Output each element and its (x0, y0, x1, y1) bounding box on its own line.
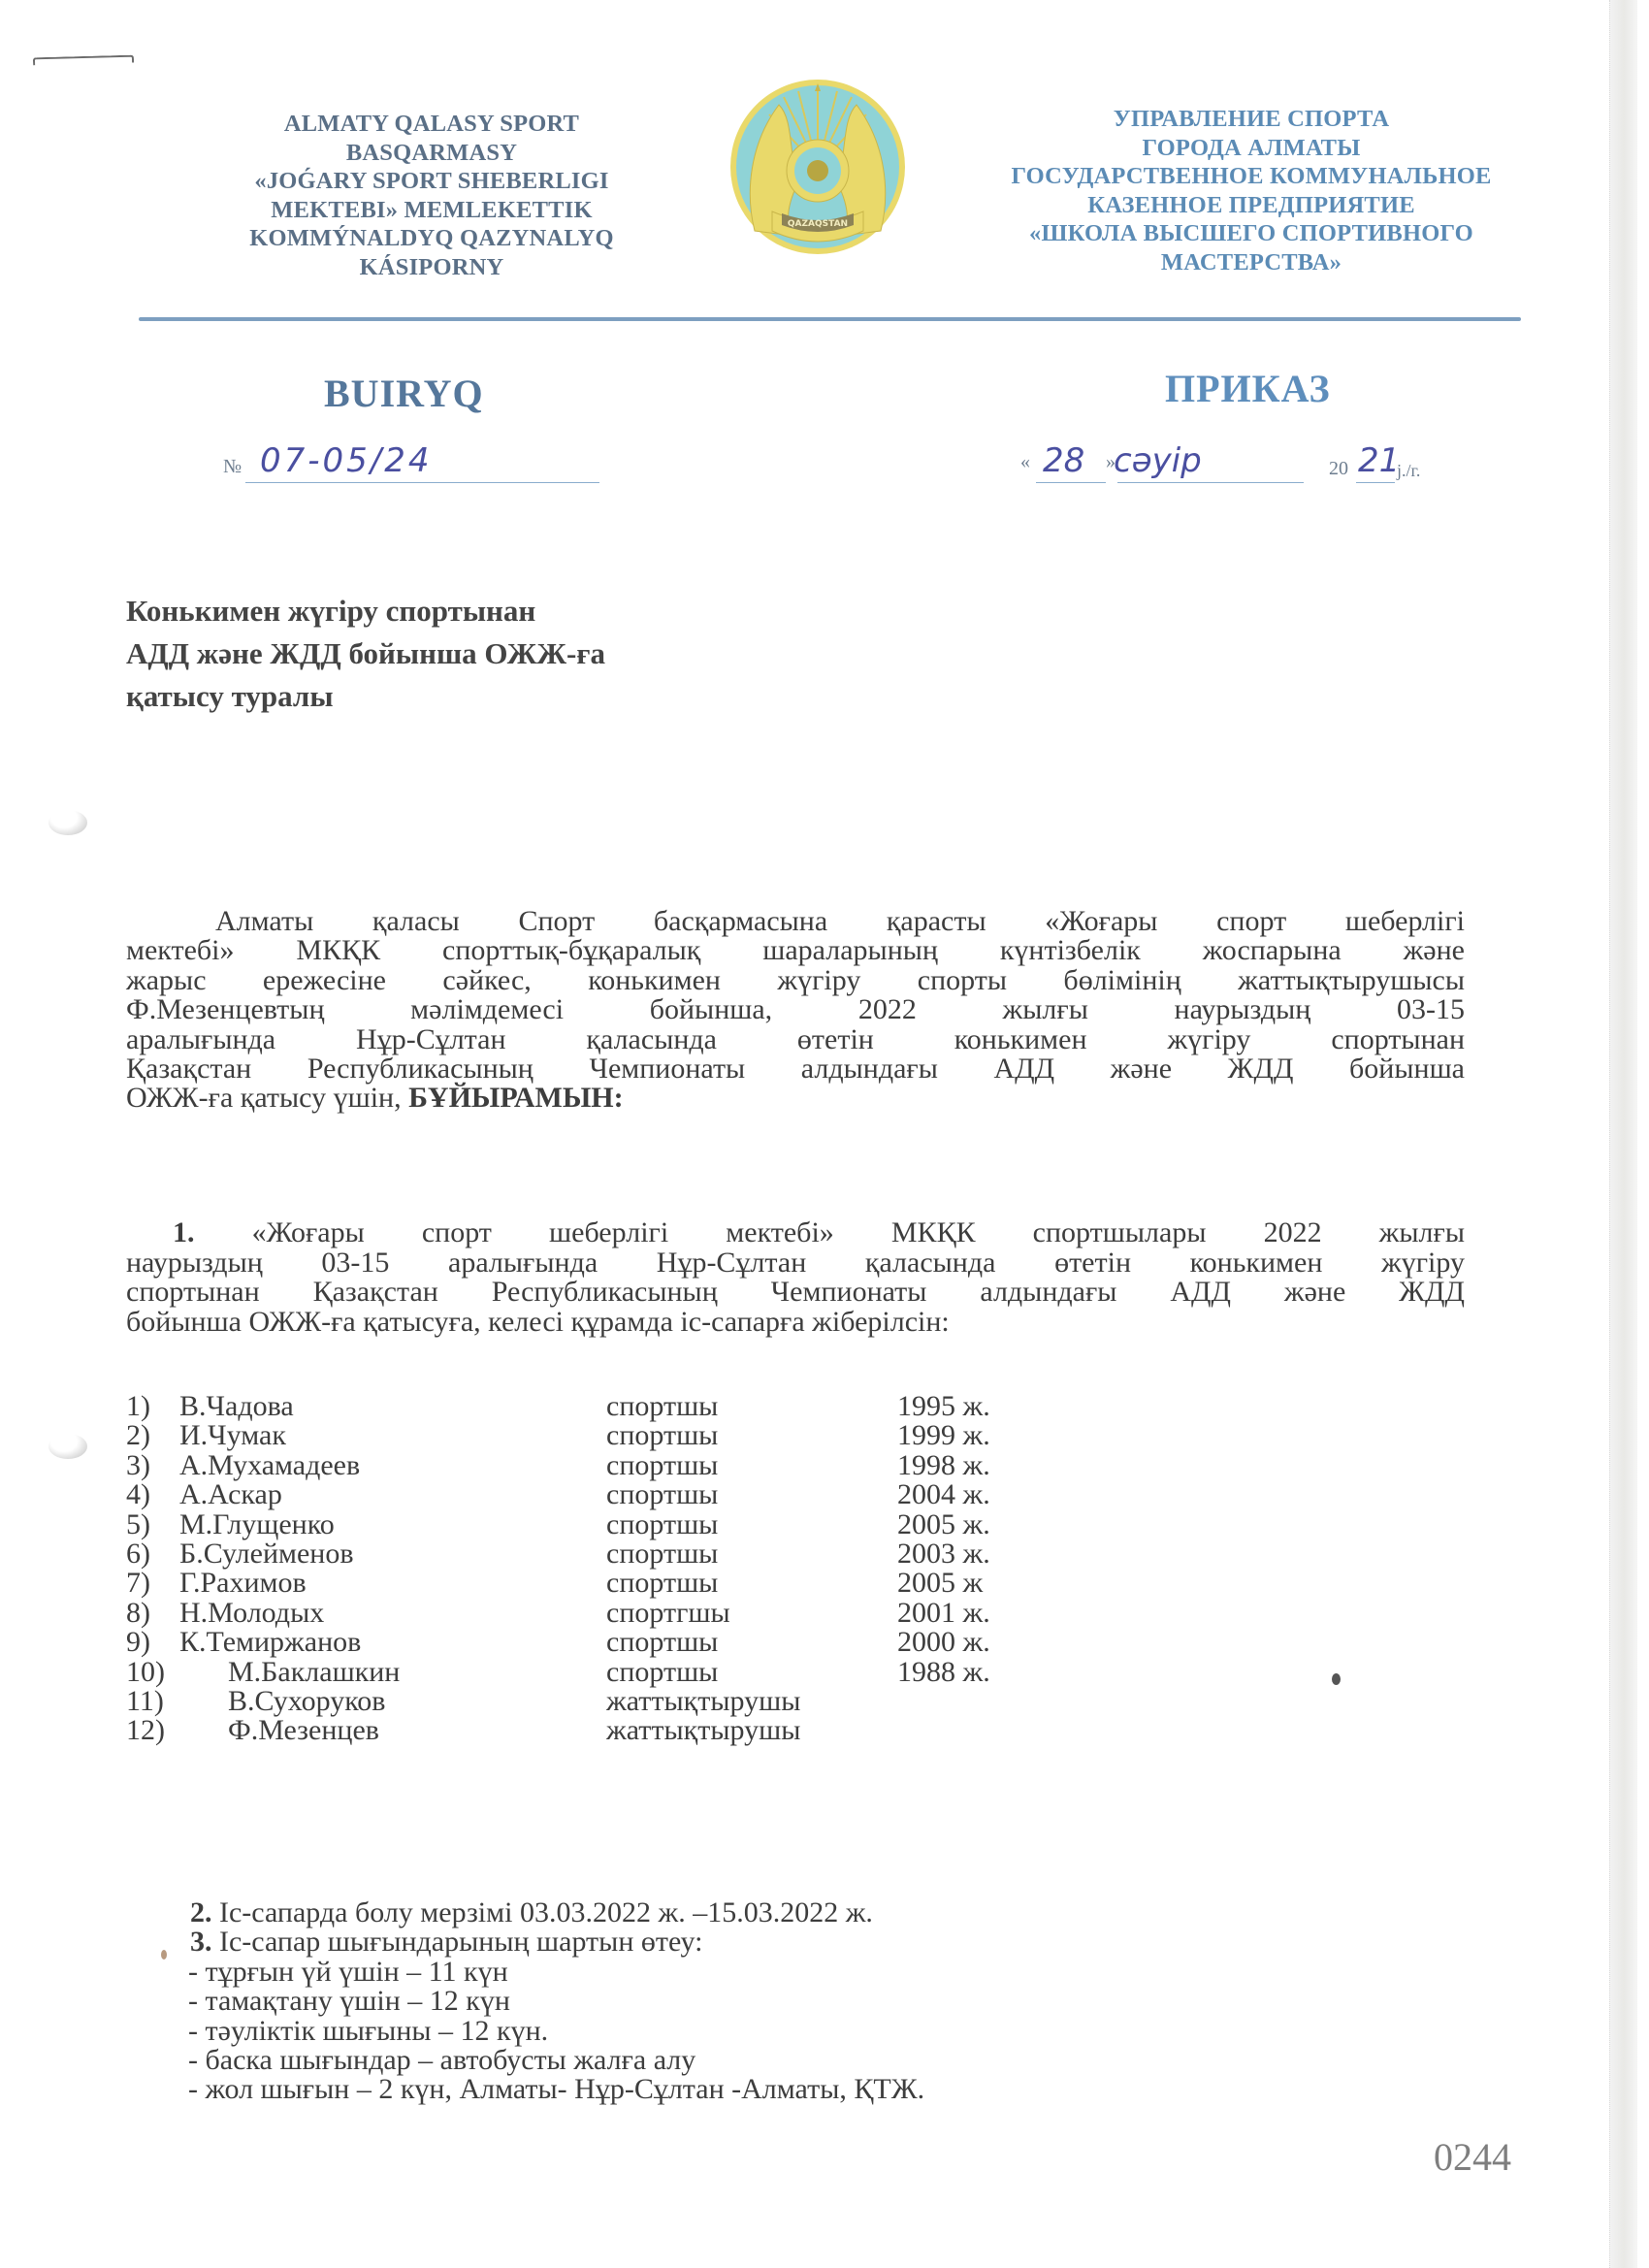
subject-line: АДД және ЖДД бойынша ОЖЖ-ға (126, 632, 605, 675)
participant-index: 12) (126, 1716, 165, 1745)
participant-index: 7) (126, 1569, 150, 1598)
clause-number: 1. (173, 1216, 195, 1248)
decree-word: БҰЙЫРАМЫН: (408, 1082, 624, 1114)
participant-name: М.Баклашкин (228, 1658, 400, 1687)
participant-name: В.Сухоруков (228, 1687, 385, 1716)
clause-1-line: наурыздың 03-15 аралығында Нұр-Сұлтан қа… (126, 1248, 1465, 1279)
org-name-latin: ALMATY QALASY SPORT BASQARMASY «JOǴARY S… (175, 110, 689, 281)
page-stamp-number: 0244 (1434, 2134, 1511, 2180)
preamble-line: мектебі» МКҚК спорттық-бұқаралық шаралар… (126, 936, 1465, 965)
order-number-label: № (223, 456, 242, 478)
org-line: ALMATY QALASY SPORT (175, 110, 689, 139)
participant-index: 3) (126, 1451, 150, 1480)
clause-1-line: 1. «Жоғары спорт шеберлігі мектебі» МКҚК… (126, 1218, 1465, 1248)
participant-name: И.Чумак (179, 1421, 286, 1450)
preamble-text: ОЖЖ-ға қатысу үшін, (126, 1082, 408, 1114)
participant-row: 5)М.Глущенкоспортшы2005 ж. (126, 1510, 1096, 1539)
participant-row: 8)Н.Молодыхспортгшы2001 ж. (126, 1599, 1096, 1628)
participant-role: спортшы (606, 1451, 718, 1480)
participant-index: 8) (126, 1599, 150, 1628)
participant-row: 9)К.Темиржановспортшы2000 ж. (126, 1628, 1096, 1657)
subject-line: Конькимен жүгіру спортынан (126, 590, 605, 632)
expense-item: - тамақтану үшін – 12 күн (186, 1987, 924, 2016)
expense-item: - баска шығындар – автобусты жалға алу (186, 2046, 924, 2075)
participant-birth-year: 1998 ж. (897, 1451, 990, 1480)
participant-role: спортгшы (606, 1599, 730, 1628)
org-name-russian: УПРАВЛЕНИЕ СПОРТА ГОРОДА АЛМАТЫ ГОСУДАРС… (955, 105, 1547, 276)
header-divider (139, 317, 1521, 321)
clause-1: 1. «Жоғары спорт шеберлігі мектебі» МКҚК… (126, 1218, 1465, 1337)
participant-row: 10)М.Баклашкинспортшы1988 ж. (126, 1658, 1096, 1687)
participant-index: 11) (126, 1687, 164, 1716)
subject-line: қатысу туралы (126, 675, 605, 718)
staple-mark (33, 55, 134, 66)
org-line: УПРАВЛЕНИЕ СПОРТА (955, 105, 1547, 134)
preamble-paragraph: Алматы қаласы Спорт басқармасына қарасты… (126, 907, 1465, 1114)
org-line: «ШКОЛА ВЫСШЕГО СПОРТИВНОГО (955, 219, 1547, 248)
participant-row: 7)Г.Рахимовспортшы2005 ж (126, 1569, 1096, 1598)
date-day-underline (1036, 482, 1106, 483)
ink-spot (1332, 1673, 1341, 1685)
participant-index: 9) (126, 1628, 150, 1657)
date-year-prefix: 20 (1329, 458, 1348, 480)
punch-hole (48, 810, 87, 835)
participant-name: А.Мухамадеев (179, 1451, 360, 1480)
participant-role: спортшы (606, 1480, 718, 1509)
clause-2: 2. Іс-сапарда болу мерзімі 03.03.2022 ж.… (190, 1898, 924, 1928)
kazakhstan-state-emblem-icon: QAZAQSTAN (726, 76, 910, 258)
clause-text: «Жоғары спорт шеберлігі мектебі» МКҚК сп… (195, 1216, 1466, 1248)
order-subject: Конькимен жүгіру спортынан АДД және ЖДД … (126, 590, 605, 718)
participant-name: М.Глущенко (179, 1510, 335, 1539)
date-year-suffix: j./г. (1397, 461, 1420, 481)
svg-text:QAZAQSTAN: QAZAQSTAN (788, 219, 848, 229)
participant-birth-year: 2001 ж. (897, 1599, 990, 1628)
org-line: KOMMÝNALDYQ QAZYNALYQ (175, 224, 689, 253)
participant-index: 4) (126, 1480, 150, 1509)
clause-text: Іс-сапар шығындарының шартын өтеу: (212, 1926, 703, 1958)
participant-birth-year: 2005 ж. (897, 1510, 990, 1539)
participant-role: спортшы (606, 1510, 718, 1539)
participant-row: 1)В.Чадоваспортшы1995 ж. (126, 1392, 1096, 1421)
preamble-line: Қазақстан Республикасының Чемпионаты алд… (126, 1054, 1465, 1084)
participant-birth-year: 1999 ж. (897, 1421, 990, 1450)
date-year-underline (1356, 482, 1395, 483)
org-line: КАЗЕННОЕ ПРЕДПРИЯТИЕ (955, 191, 1547, 220)
participant-name: К.Темиржанов (179, 1628, 361, 1657)
expense-item: - жол шығын – 2 күн, Алматы- Нұр-Сұлтан … (186, 2075, 924, 2104)
ink-spot (161, 1950, 167, 1960)
order-number-handwritten: 07-05/24 (260, 441, 433, 480)
org-line: KÁSIPORNY (175, 253, 689, 282)
date-month-underline (1117, 482, 1304, 483)
clause-number: 2. (190, 1896, 212, 1928)
participant-name: А.Аскар (179, 1480, 282, 1509)
org-line: ГОСУДАРСТВЕННОЕ КОММУНАЛЬНОЕ (955, 162, 1547, 191)
participant-role: жаттықтырушы (606, 1687, 800, 1716)
scan-edge (1609, 0, 1637, 2268)
expense-item: - тәуліктік шығыны – 12 күн. (186, 2017, 924, 2046)
participant-name: В.Чадова (179, 1392, 294, 1421)
participant-row: 11)В.Сухоруковжаттықтырушы (126, 1687, 1096, 1716)
org-line: ГОРОДА АЛМАТЫ (955, 134, 1547, 163)
participant-index: 6) (126, 1539, 150, 1569)
clauses-2-3: 2. Іс-сапарда болу мерзімі 03.03.2022 ж.… (190, 1898, 924, 2105)
participant-role: жаттықтырушы (606, 1716, 800, 1745)
participant-row: 2)И.Чумакспортшы1999 ж. (126, 1421, 1096, 1450)
participant-role: спортшы (606, 1628, 718, 1657)
participant-name: Б.Сулейменов (179, 1539, 354, 1569)
expense-item: - тұрғын үй үшін – 11 күн (186, 1958, 924, 1987)
org-line: «JOǴARY SPORT SHEBERLIGI (175, 167, 689, 196)
participant-birth-year: 1988 ж. (897, 1658, 990, 1687)
org-line: МАСТЕРСТВА» (955, 248, 1547, 277)
participant-row: 6)Б.Сулейменовспортшы2003 ж. (126, 1539, 1096, 1569)
org-line: BASQARMASY (175, 139, 689, 168)
punch-hole (48, 1434, 87, 1459)
preamble-line: ОЖЖ-ға қатысу үшін, БҰЙЫРАМЫН: (126, 1084, 1465, 1113)
participant-role: спортшы (606, 1392, 718, 1421)
participant-index: 1) (126, 1392, 150, 1421)
date-open-quote: « (1020, 451, 1030, 473)
participant-birth-year: 2000 ж. (897, 1628, 990, 1657)
participant-index: 2) (126, 1421, 150, 1450)
participant-list: 1)В.Чадоваспортшы1995 ж.2)И.Чумакспортшы… (126, 1392, 1096, 1746)
date-day-handwritten: 28 (1043, 441, 1084, 480)
participant-birth-year: 2003 ж. (897, 1539, 990, 1569)
participant-role: спортшы (606, 1569, 718, 1598)
clause-number: 3. (190, 1926, 212, 1958)
order-title-russian: ПРИКАЗ (1165, 366, 1331, 411)
participant-name: Н.Молодых (179, 1599, 324, 1628)
preamble-line: жарыс ережесіне сәйкес, конькимен жүгіру… (126, 966, 1465, 995)
participant-row: 12)Ф.Мезенцевжаттықтырушы (126, 1716, 1096, 1745)
participant-name: Ф.Мезенцев (228, 1716, 379, 1745)
participant-role: спортшы (606, 1539, 718, 1569)
participant-row: 3)А.Мухамадеевспортшы1998 ж. (126, 1451, 1096, 1480)
participant-birth-year: 1995 ж. (897, 1392, 990, 1421)
participant-index: 5) (126, 1510, 150, 1539)
order-title-kazakh: BUIRYQ (324, 371, 484, 416)
participant-role: спортшы (606, 1421, 718, 1450)
clause-text: Іс-сапарда болу мерзімі 03.03.2022 ж. –1… (212, 1896, 873, 1928)
order-number-underline (245, 482, 599, 483)
date-month-handwritten: сәуір (1114, 441, 1202, 480)
preamble-line: Ф.Мезенцевтың мәлімдемесі бойынша, 2022 … (126, 995, 1465, 1024)
date-year-handwritten: 21 (1358, 441, 1400, 480)
clause-1-line: спортынан Қазақстан Республикасының Чемп… (126, 1278, 1465, 1308)
preamble-line: Алматы қаласы Спорт басқармасына қарасты… (126, 907, 1465, 936)
clause-1-line: бойынша ОЖЖ-ға қатысуға, келесі құрамда … (126, 1308, 1465, 1338)
participant-birth-year: 2004 ж. (897, 1480, 990, 1509)
org-line: MEKTEBI» MEMLEKETTIK (175, 196, 689, 225)
participant-row: 4)А.Аскарспортшы2004 ж. (126, 1480, 1096, 1509)
participant-index: 10) (126, 1658, 165, 1687)
preamble-line: аралығында Нұр-Сұлтан қаласында өтетін к… (126, 1025, 1465, 1054)
participant-name: Г.Рахимов (179, 1569, 307, 1598)
participant-role: спортшы (606, 1658, 718, 1687)
participant-birth-year: 2005 ж (897, 1569, 983, 1598)
clause-3: 3. Іс-сапар шығындарының шартын өтеу: (190, 1928, 924, 1957)
